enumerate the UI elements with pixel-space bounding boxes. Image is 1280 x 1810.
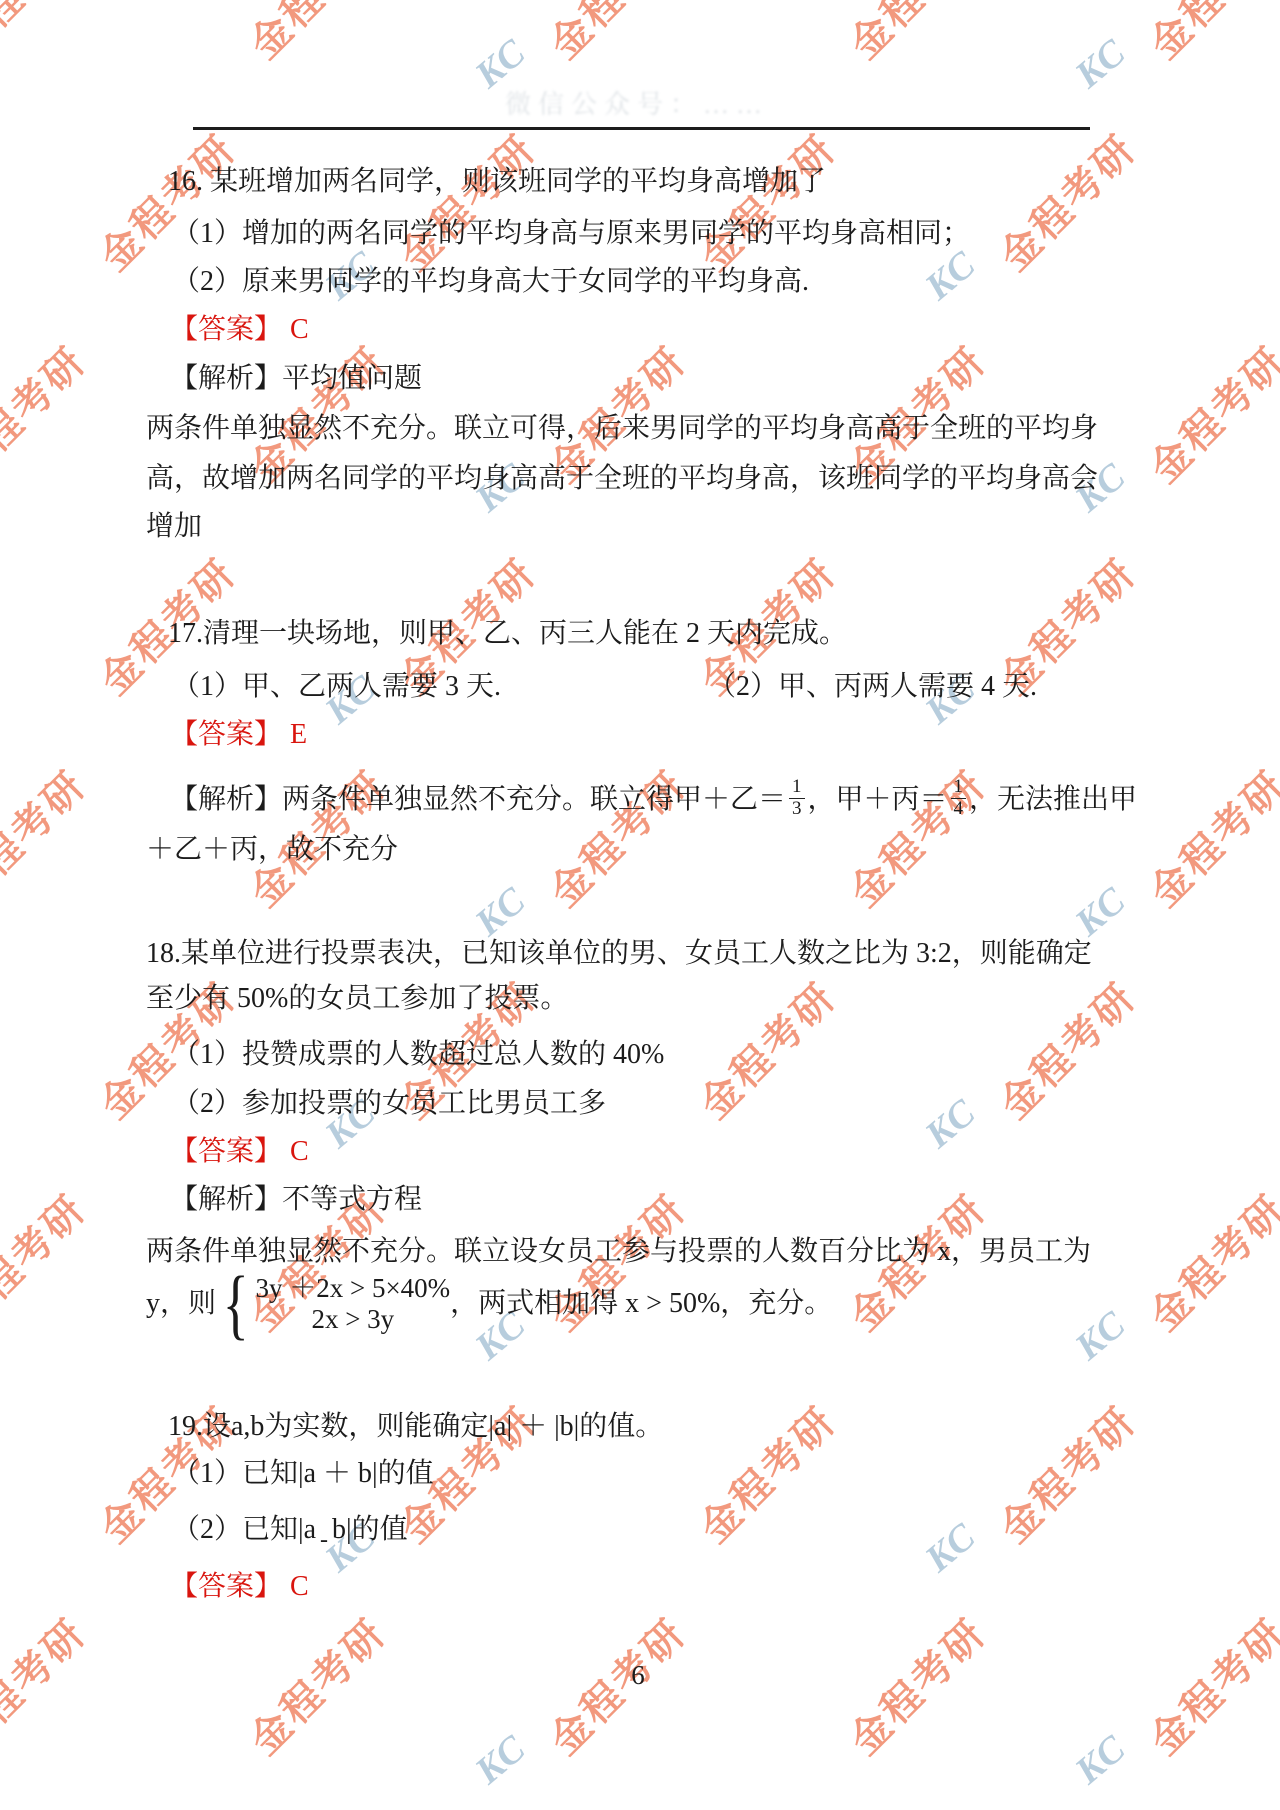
- answer-label: 【答案】: [170, 1571, 282, 1602]
- q18-equation-system: 3y ＋2x > 5×40%2x > 3y: [255, 1273, 450, 1335]
- q17-analysis-pre: 两条件单独显然不充分。联立得甲＋乙＝: [282, 784, 786, 815]
- q19-answer-line: 【答案】C: [170, 1569, 309, 1605]
- q18-analysis-title: 不等式方程: [282, 1184, 422, 1215]
- q17-analysis-post: ，无法推出甲: [969, 784, 1137, 815]
- answer-label: 【答案】: [170, 1136, 282, 1167]
- fraction-one-fourth: 14: [951, 777, 967, 820]
- q19-condition-1: （1）已知|a ＋ b|的值: [172, 1456, 434, 1492]
- low-minus-sign: -: [320, 1522, 328, 1558]
- q17-analysis-mid: ，甲＋丙＝: [808, 784, 948, 815]
- q16-condition-1: （1）增加的两名同学的平均身高与原来男同学的平均身高相同；: [172, 216, 970, 252]
- document-page: 金程考研KC金程考研金程考研KC金程考研金程考研KC金程考研金程考研KC金程考研…: [0, 0, 1280, 1810]
- q16-analysis-title: 平均值问题: [282, 363, 422, 394]
- q18-eq-bottom: 2x > 3y: [311, 1304, 394, 1335]
- q19-cond2-pre: （2）已知|a: [172, 1514, 316, 1545]
- q19-stem: 19.设a,b为实数，则能确定|a| ＋ |b|的值。: [168, 1409, 663, 1445]
- q17-condition-1: （1）甲、乙两人需要 3 天.: [172, 669, 501, 705]
- q17-condition-2: （2）甲、丙两人需要 4 天.: [708, 669, 1037, 705]
- page-number: 6: [618, 1660, 658, 1691]
- q19-condition-2: （2）已知|a-b|的值: [172, 1512, 408, 1558]
- analysis-label: 【解析】: [170, 1184, 282, 1215]
- header-divider: [193, 127, 1090, 130]
- answer-label: 【答案】: [170, 719, 282, 750]
- analysis-label: 【解析】: [170, 784, 282, 815]
- q16-analysis-line-1: 两条件单独显然不充分。联立可得，后来男同学的平均身高高于全班的平均身: [146, 411, 1098, 447]
- q17-analysis-line-1: 【解析】两条件单独显然不充分。联立得甲＋乙＝13，甲＋丙＝14，无法推出甲: [170, 777, 1137, 826]
- q18-eq-prefix: y，则: [146, 1286, 216, 1322]
- q17-stem: 17.清理一块场地，则甲、乙、丙三人能在 2 天内完成。: [168, 616, 847, 652]
- q18-condition-1: （1）投赞成票的人数超过总人数的 40%: [172, 1037, 664, 1073]
- q16-analysis-title-line: 【解析】平均值问题: [170, 361, 422, 397]
- q17-answer-value: E: [290, 719, 307, 750]
- q18-answer-value: C: [290, 1136, 309, 1167]
- answer-label: 【答案】: [170, 314, 282, 345]
- q18-eq-suffix: ，两式相加得 x > 50%，充分。: [450, 1286, 832, 1322]
- q16-analysis-line-3: 增加: [146, 509, 202, 545]
- q18-stem-line-2: 至少有 50%的女员工参加了投票。: [146, 981, 568, 1017]
- fraction-one-third: 13: [789, 777, 805, 820]
- q16-answer-value: C: [290, 314, 309, 345]
- q18-eq-top: 3y ＋2x > 5×40%: [255, 1273, 450, 1304]
- q18-equation-line: y，则{3y ＋2x > 5×40%2x > 3y，两式相加得 x > 50%，…: [146, 1272, 832, 1336]
- q16-stem: 16. 某班增加两名同学，则该班同学的平均身高增加了: [168, 164, 826, 200]
- q19-cond2-post: b|的值: [332, 1514, 408, 1545]
- q18-condition-2: （2）参加投票的女员工比男员工多: [172, 1086, 606, 1122]
- q17-answer-line: 【答案】E: [170, 717, 307, 753]
- q18-answer-line: 【答案】C: [170, 1134, 309, 1170]
- q16-answer-line: 【答案】C: [170, 312, 309, 348]
- q16-analysis-line-2: 高，故增加两名同学的平均身高高于全班的平均身高，该班同学的平均身高会: [146, 461, 1098, 497]
- q18-analysis-line-1: 两条件单独显然不充分。联立设女员工参与投票的人数百分比为 x，男员工为: [146, 1234, 1091, 1270]
- left-brace: {: [223, 1272, 249, 1336]
- analysis-label: 【解析】: [170, 363, 282, 394]
- q19-answer-value: C: [290, 1571, 309, 1602]
- q18-analysis-title-line: 【解析】不等式方程: [170, 1182, 422, 1218]
- q16-condition-2: （2）原来男同学的平均身高大于女同学的平均身高.: [172, 264, 809, 300]
- page-content: 微信公众号：…… 16. 某班增加两名同学，则该班同学的平均身高增加了 （1）增…: [0, 0, 1280, 1810]
- q17-analysis-line-2: ＋乙＋丙，故不充分: [146, 832, 398, 868]
- q18-stem-line-1: 18.某单位进行投票表决，已知该单位的男、女员工人数之比为 3:2，则能确定: [146, 936, 1092, 972]
- header-faint-text: 微信公众号：……: [505, 84, 769, 121]
